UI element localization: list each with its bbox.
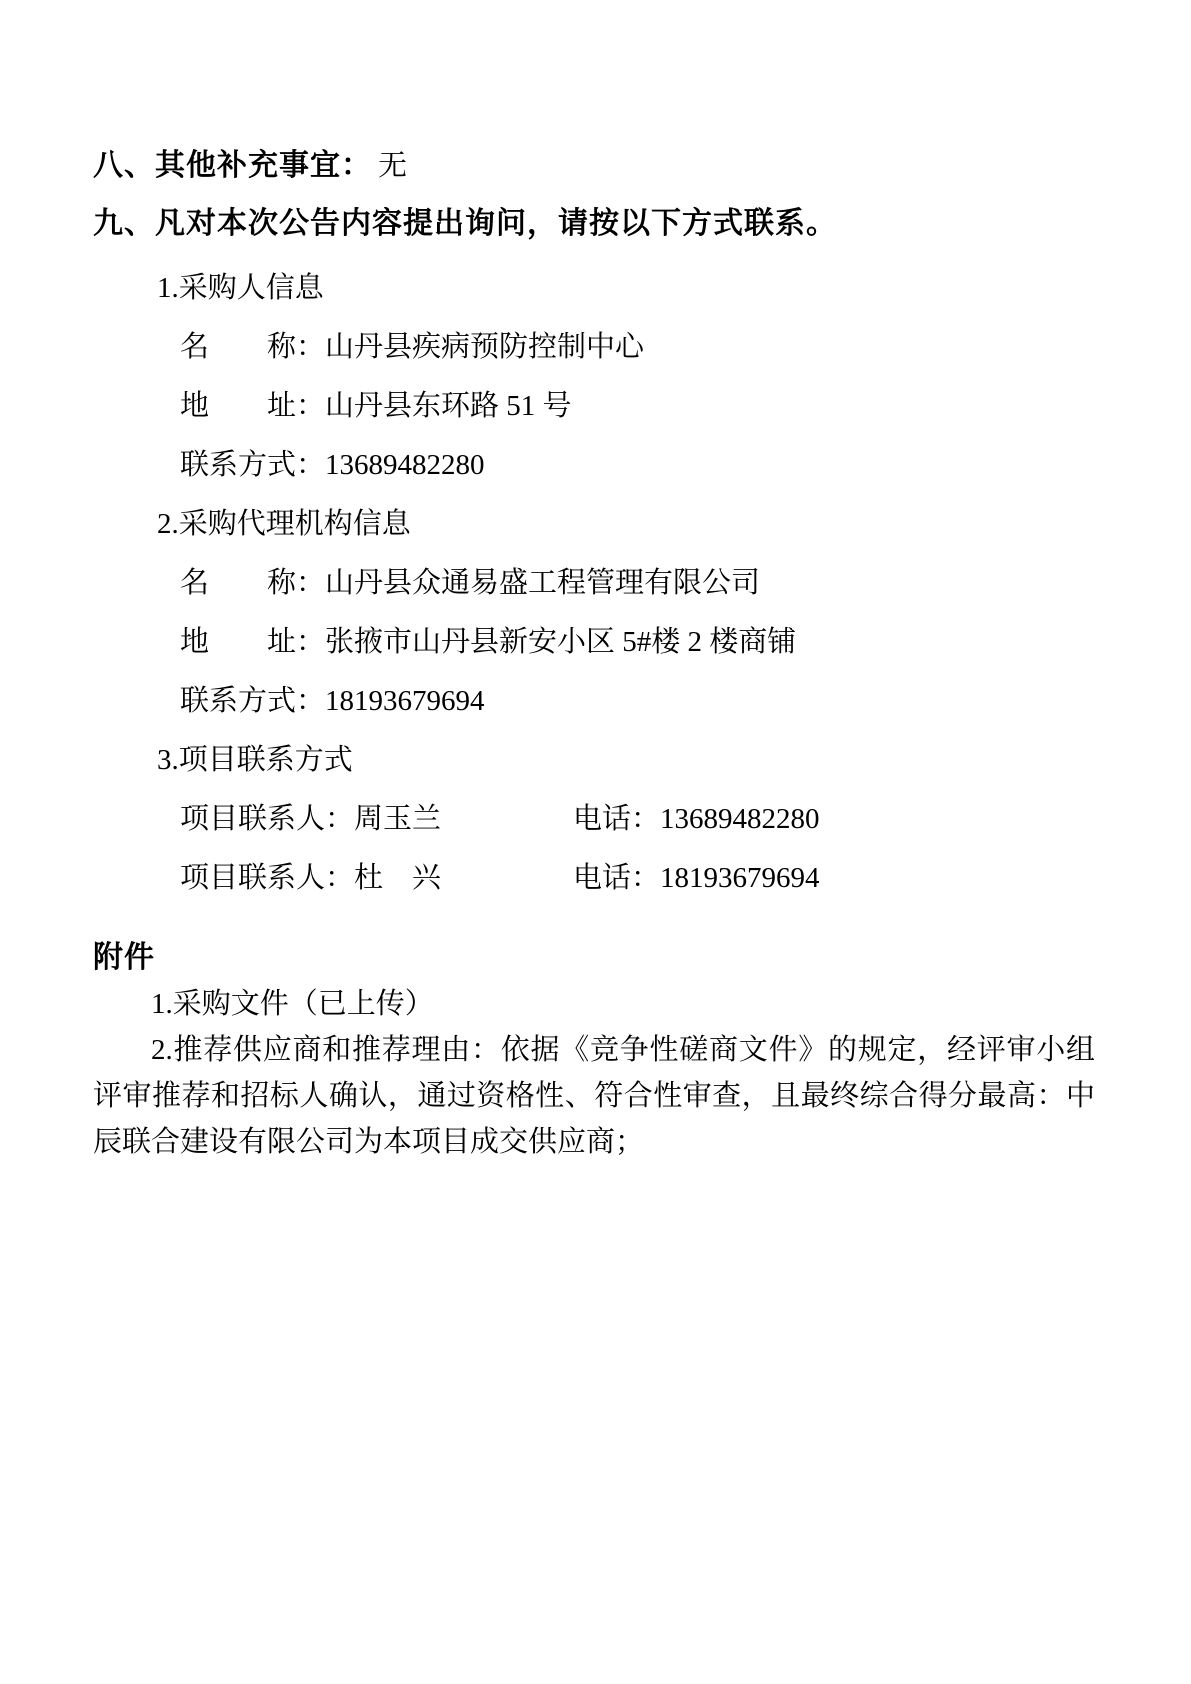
project-contact-row-2: 项目联系人：杜 兴 电话：18193679694 xyxy=(93,849,1095,908)
attachment-item-1: 1.采购文件（已上传） xyxy=(93,981,1095,1027)
agency-name-line: 名 称：山丹县众通易盛工程管理有限公司 xyxy=(93,554,1095,613)
contact-phone-number: 13689482280 xyxy=(660,803,820,835)
purchaser-name-value: 山丹县疾病预防控制中心 xyxy=(325,331,644,363)
purchaser-contact-value: 13689482280 xyxy=(325,449,485,481)
agency-contact-value: 18193679694 xyxy=(325,685,485,717)
purchaser-contact-label: 联系方式： xyxy=(180,449,325,481)
section-eight-line: 八、其他补充事宜：无 xyxy=(93,137,1095,195)
attachment-item-2: 2.推荐供应商和推荐理由：依据《竞争性磋商文件》的规定，经评审小组评审推荐和招标… xyxy=(93,1027,1095,1165)
contact-phone-cell: 电话：13689482280 xyxy=(573,790,820,849)
contact-phone-cell: 电话：18193679694 xyxy=(573,849,820,908)
agency-address-value: 张掖市山丹县新安小区 5#楼 2 楼商铺 xyxy=(325,626,796,658)
section-eight-heading: 八、其他补充事宜： xyxy=(93,149,372,182)
purchaser-address-line: 地 址：山丹县东环路 51 号 xyxy=(93,377,1095,436)
contact-person-name: 杜 兴 xyxy=(354,862,441,894)
contact-person-label: 项目联系人： xyxy=(180,803,354,835)
purchaser-name-line: 名 称：山丹县疾病预防控制中心 xyxy=(93,318,1095,377)
contact-phone-label: 电话： xyxy=(573,803,660,835)
attachments-heading: 附件 xyxy=(93,935,1095,981)
purchaser-name-label: 名 称： xyxy=(180,331,325,363)
agency-address-label: 地 址： xyxy=(180,626,325,658)
agency-address-line: 地 址：张掖市山丹县新安小区 5#楼 2 楼商铺 xyxy=(93,613,1095,672)
agency-contact-line: 联系方式：18193679694 xyxy=(93,672,1095,731)
contact-person-name: 周玉兰 xyxy=(354,803,441,835)
section-eight-value: 无 xyxy=(372,150,407,182)
project-contact-heading: 3.项目联系方式 xyxy=(93,731,1095,790)
purchaser-address-label: 地 址： xyxy=(180,390,325,422)
agency-heading: 2.采购代理机构信息 xyxy=(93,495,1095,554)
purchaser-address-value: 山丹县东环路 51 号 xyxy=(325,390,572,422)
attachments-section: 附件 1.采购文件（已上传） 2.推荐供应商和推荐理由：依据《竞争性磋商文件》的… xyxy=(93,935,1095,1165)
section-nine-heading: 九、凡对本次公告内容提出询问，请按以下方式联系。 xyxy=(93,207,837,240)
agency-contact-label: 联系方式： xyxy=(180,685,325,717)
agency-name-label: 名 称： xyxy=(180,567,325,599)
purchaser-contact-line: 联系方式：13689482280 xyxy=(93,436,1095,495)
section-nine-line: 九、凡对本次公告内容提出询问，请按以下方式联系。 xyxy=(93,195,1095,253)
contact-phone-label: 电话： xyxy=(573,862,660,894)
purchaser-heading: 1.采购人信息 xyxy=(93,259,1095,318)
agency-name-value: 山丹县众通易盛工程管理有限公司 xyxy=(325,567,760,599)
contact-info-block: 1.采购人信息 名 称：山丹县疾病预防控制中心 地 址：山丹县东环路 51 号 … xyxy=(93,259,1095,908)
document-page: 八、其他补充事宜：无 九、凡对本次公告内容提出询问，请按以下方式联系。 1.采购… xyxy=(0,0,1191,1684)
project-contact-row-1: 项目联系人：周玉兰 电话：13689482280 xyxy=(93,790,1095,849)
contact-person-label: 项目联系人： xyxy=(180,862,354,894)
contact-phone-number: 18193679694 xyxy=(660,862,820,894)
